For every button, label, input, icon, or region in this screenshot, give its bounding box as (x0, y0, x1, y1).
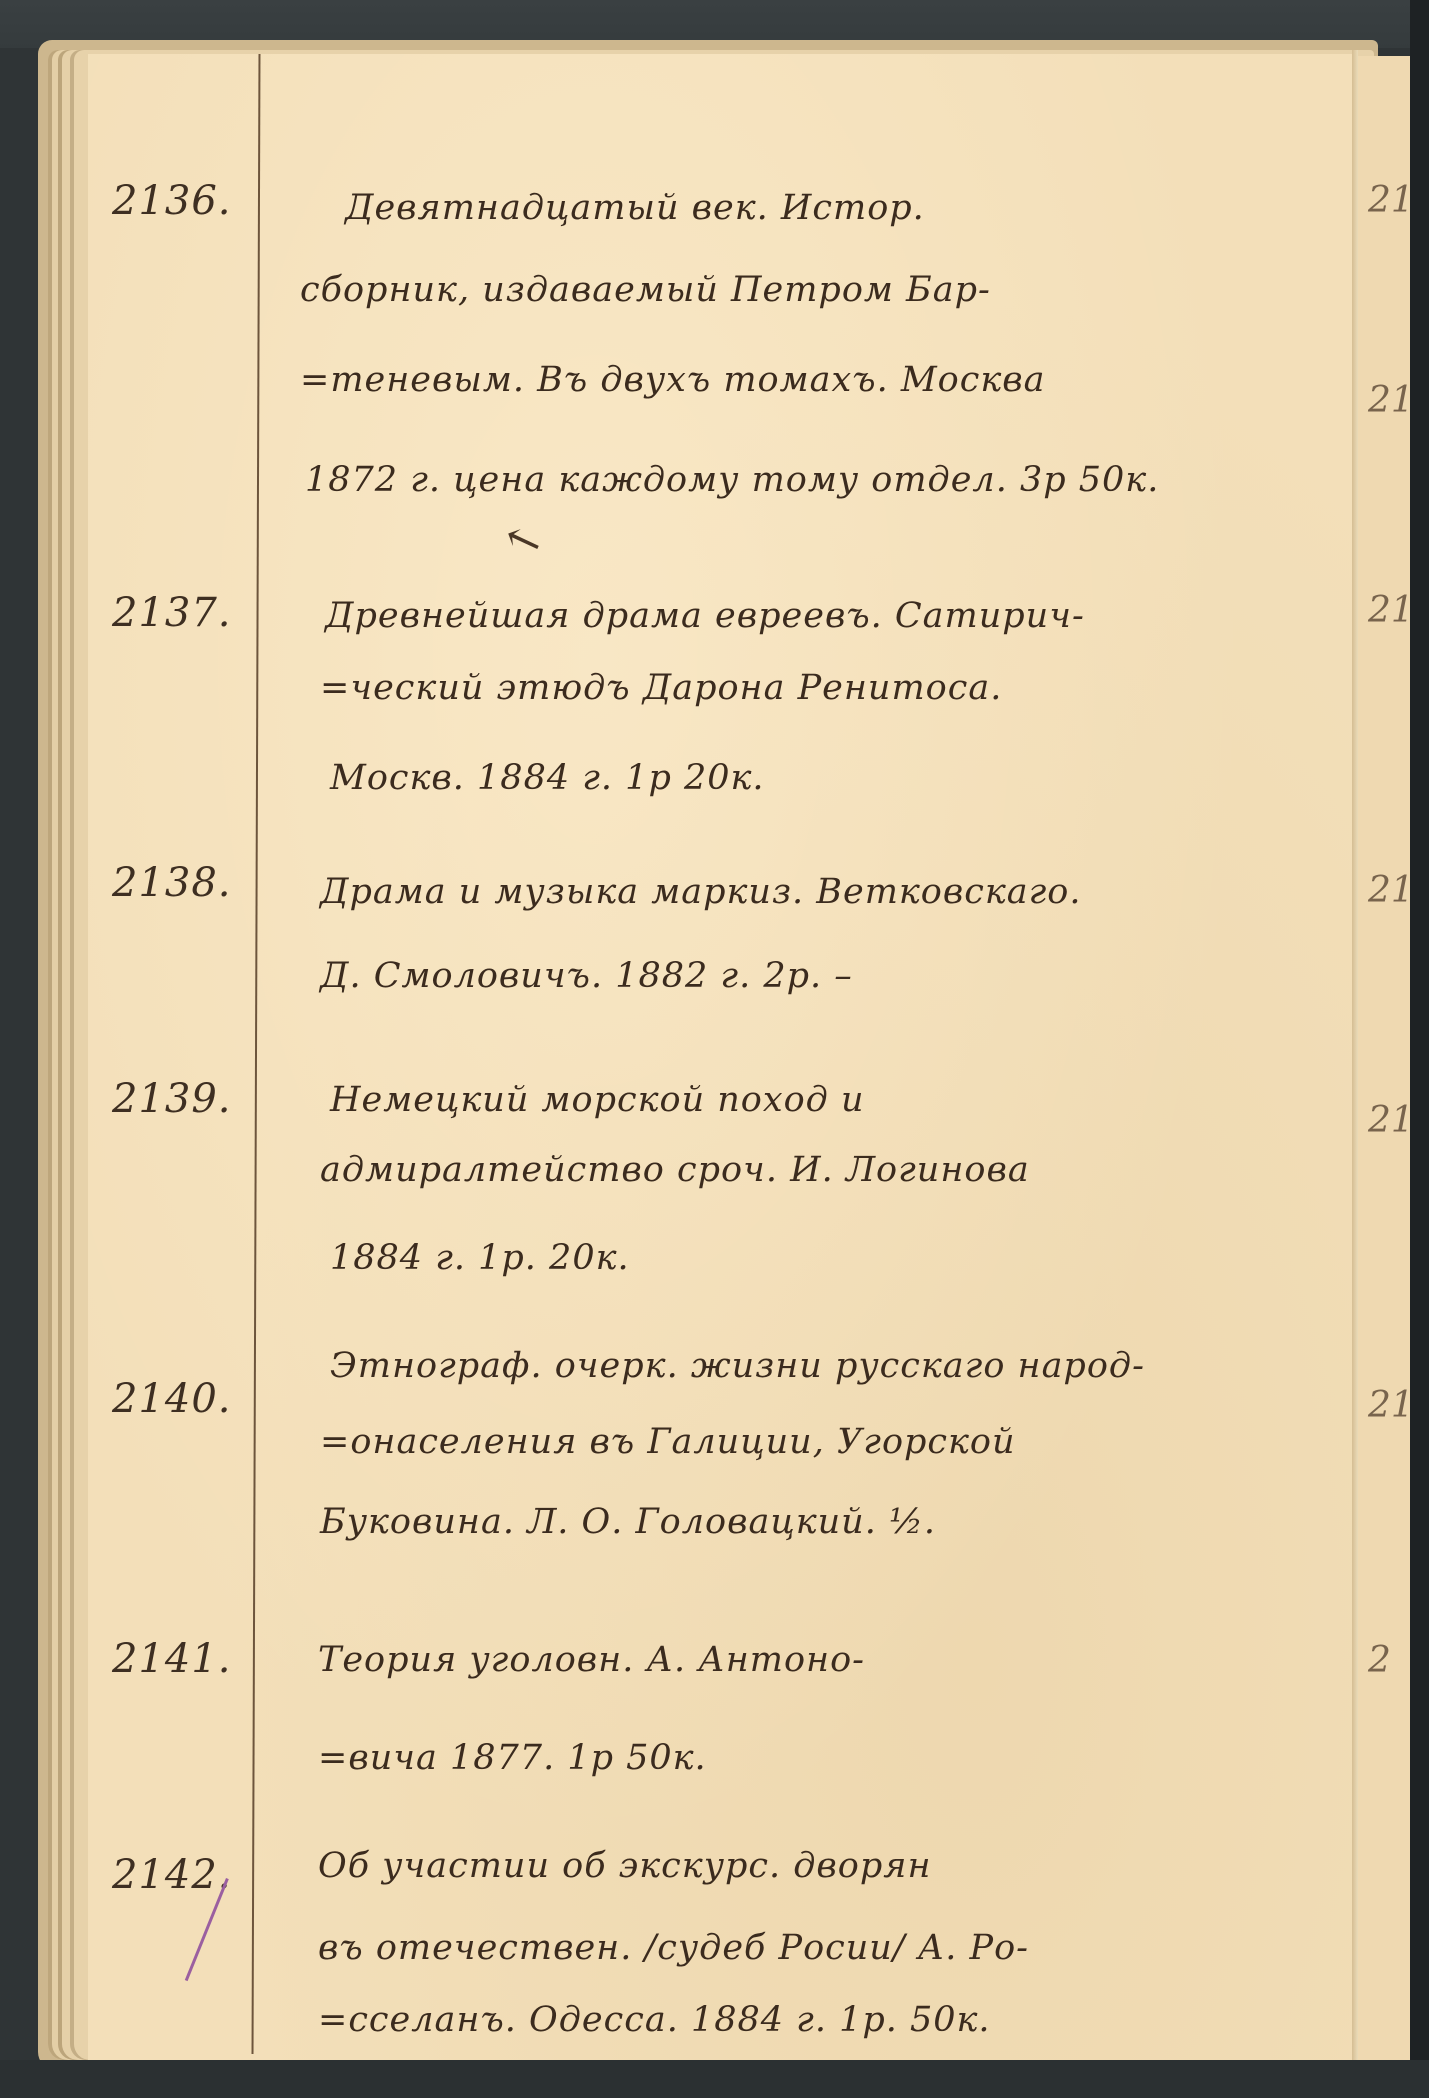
entry-line: Москв. 1884 г. 1р 20к. (330, 758, 765, 798)
next-page-number: 21 (1368, 870, 1414, 911)
entry-number: 2136. (112, 178, 232, 224)
entry-number: 2140. (112, 1376, 232, 1422)
book-cover-bottom (0, 2060, 1429, 2098)
entry-line: 1884 г. 1р. 20к. (330, 1238, 630, 1278)
next-page-number: 21 (1368, 180, 1414, 221)
next-page-number: 21 (1368, 380, 1414, 421)
next-page-number: 2 (1368, 1640, 1391, 1681)
entry-number: 2139. (112, 1076, 232, 1122)
entry-number: 2137. (112, 590, 232, 636)
entry-line: =ческий этюдъ Дарона Ренитоса. (320, 668, 1002, 708)
book-cover-right (1410, 0, 1429, 2098)
entry-line: Д. Смоловичъ. 1882 г. 2р. – (320, 956, 853, 996)
entry-line: Этнограф. очерк. жизни русскаго народ- (330, 1346, 1145, 1386)
entry-line: адмиралтейство сроч. И. Логинова (320, 1150, 1030, 1190)
next-page-number: 21 (1368, 1100, 1414, 1141)
entry-line: =вича 1877. 1р 50к. (318, 1738, 707, 1778)
entry-line: Буковина. Л. О. Головацкий. ½. (320, 1502, 936, 1542)
entry-line: Драма и музыка маркиз. Ветковскаго. (320, 872, 1082, 912)
entry-line: Об участии об экскурс. дворян (318, 1846, 932, 1886)
entry-line: Девятнадцатый век. Истор. (345, 188, 925, 228)
entry-number: 2141. (112, 1636, 232, 1682)
next-page-edge (1358, 56, 1410, 2066)
entry-number: 2142. (112, 1852, 232, 1898)
entry-line: Древнейшая драма евреевъ. Сатирич- (325, 596, 1085, 636)
entry-line: Немецкий морской поход и (330, 1080, 865, 1120)
entry-number: 2138. (112, 860, 232, 906)
next-page-number: 21 (1368, 1385, 1414, 1426)
ledger-page (88, 54, 1358, 2064)
entry-line: 1872 г. цена каждому тому отдел. 3р 50к. (305, 460, 1159, 500)
entry-line: =теневым. Въ двухъ томахъ. Москва (300, 360, 1045, 400)
entry-line: Теория уголовн. А. Антоно- (318, 1640, 865, 1680)
next-page-number: 21 (1368, 590, 1414, 631)
entry-line: сборник, издаваемый Петром Бар- (300, 270, 991, 310)
entry-line: =онаселения въ Галиции, Угорской (320, 1422, 1016, 1462)
entry-line: =сселанъ. Одесса. 1884 г. 1р. 50к. (318, 2000, 991, 2040)
entry-line: въ отечествен. /судеб Росии/ А. Ро- (318, 1928, 1029, 1968)
